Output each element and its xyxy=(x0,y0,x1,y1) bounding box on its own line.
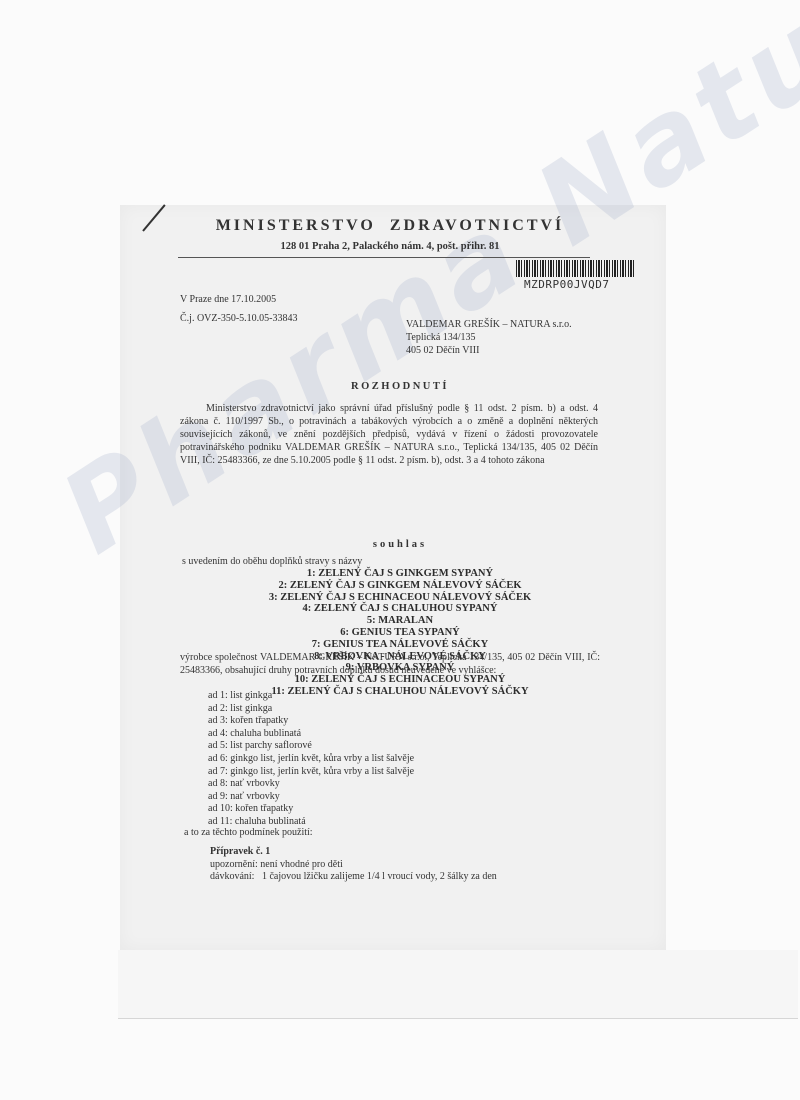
preparation-dosage: dávkování: 1 čajovou lžičku zalijeme 1/4… xyxy=(210,871,497,884)
ingredient-item: ad 1: list ginkga xyxy=(208,690,414,703)
reference-number: Č.j. OVZ-350-5.10.05-33843 xyxy=(180,313,298,324)
product-item: 1: ZELENÝ ČAJ S GINKGEM SYPANÝ xyxy=(180,568,620,580)
barcode-icon xyxy=(516,260,636,277)
consent-heading: souhlas xyxy=(200,539,600,550)
recipient-address: VALDEMAR GREŠÍK – NATURA s.r.o. Teplická… xyxy=(406,318,572,357)
place-date: V Praze dne 17.10.2005 xyxy=(180,294,276,305)
ministry-title: MINISTERSTVO ZDRAVOTNICTVÍ xyxy=(170,217,610,235)
product-item: 3: ZELENÝ ČAJ S ECHINACEOU NÁLEVOVÝ SÁČE… xyxy=(180,592,620,604)
product-item: 6: GENIUS TEA SYPANÝ xyxy=(180,627,620,639)
document: MINISTERSTVO ZDRAVOTNICTVÍ 128 01 Praha … xyxy=(0,0,800,1100)
ingredient-item: ad 4: chaluha bublinatá xyxy=(208,728,414,741)
decision-body-text: Ministerstvo zdravotnictví jako správní … xyxy=(180,403,598,466)
ingredient-list: ad 1: list ginkgaad 2: list ginkgaad 3: … xyxy=(208,690,414,829)
product-item: 7: GENIUS TEA NÁLEVOVÉ SÁČKY xyxy=(180,639,620,651)
ingredient-item: ad 8: nať vrbovky xyxy=(208,778,414,791)
ingredient-item: ad 6: ginkgo list, jerlín květ, kůra vrb… xyxy=(208,753,414,766)
ingredient-item: ad 7: ginkgo list, jerlín květ, kůra vrb… xyxy=(208,766,414,779)
ingredient-item: ad 10: kořen třapatky xyxy=(208,803,414,816)
conditions-intro: a to za těchto podmínek použití: xyxy=(184,827,313,838)
ingredient-item: ad 5: list parchy saflorové xyxy=(208,740,414,753)
warning-text: není vhodné pro děti xyxy=(260,859,342,870)
dosage-text: 1 čajovou lžičku zalijeme 1/4 l vroucí v… xyxy=(262,871,497,882)
ministry-address: 128 01 Praha 2, Palackého nám. 4, pošt. … xyxy=(170,241,610,252)
ingredient-item: ad 9: nať vrbovky xyxy=(208,791,414,804)
recipient-name: VALDEMAR GREŠÍK – NATURA s.r.o. xyxy=(406,318,572,331)
warning-label: upozornění: xyxy=(210,859,258,872)
product-list: 1: ZELENÝ ČAJ S GINKGEM SYPANÝ2: ZELENÝ … xyxy=(180,568,620,698)
decision-body: Ministerstvo zdravotnictví jako správní … xyxy=(180,402,598,467)
barcode-id: MZDRP00JVQD7 xyxy=(524,278,636,291)
preparation-warning: upozornění: není vhodné pro děti xyxy=(210,859,497,872)
ingredient-item: ad 2: list ginkga xyxy=(208,703,414,716)
consent-intro: s uvedením do oběhu doplňků stravy s náz… xyxy=(182,556,362,567)
product-item: 2: ZELENÝ ČAJ S GINKGEM NÁLEVOVÝ SÁČEK xyxy=(180,580,620,592)
ingredient-item: ad 3: kořen třapatky xyxy=(208,715,414,728)
preparation-title: Přípravek č. 1 xyxy=(210,846,497,859)
recipient-street: Teplická 134/135 xyxy=(406,331,572,344)
preparation-block: Přípravek č. 1 upozornění: není vhodné p… xyxy=(210,846,497,884)
header-divider xyxy=(178,257,590,258)
dosage-label: dávkování: xyxy=(210,871,254,884)
manufacturer-text: výrobce společnost VALDEMAR GREŠÍK – NAT… xyxy=(180,651,600,677)
decision-heading: ROZHODNUTÍ xyxy=(140,381,660,392)
recipient-city: 405 02 Děčín VIII xyxy=(406,344,572,357)
product-item: 5: MARALAN xyxy=(180,615,620,627)
handwritten-mark xyxy=(142,204,165,231)
product-item: 4: ZELENÝ ČAJ S CHALUHOU SYPANÝ xyxy=(180,603,620,615)
